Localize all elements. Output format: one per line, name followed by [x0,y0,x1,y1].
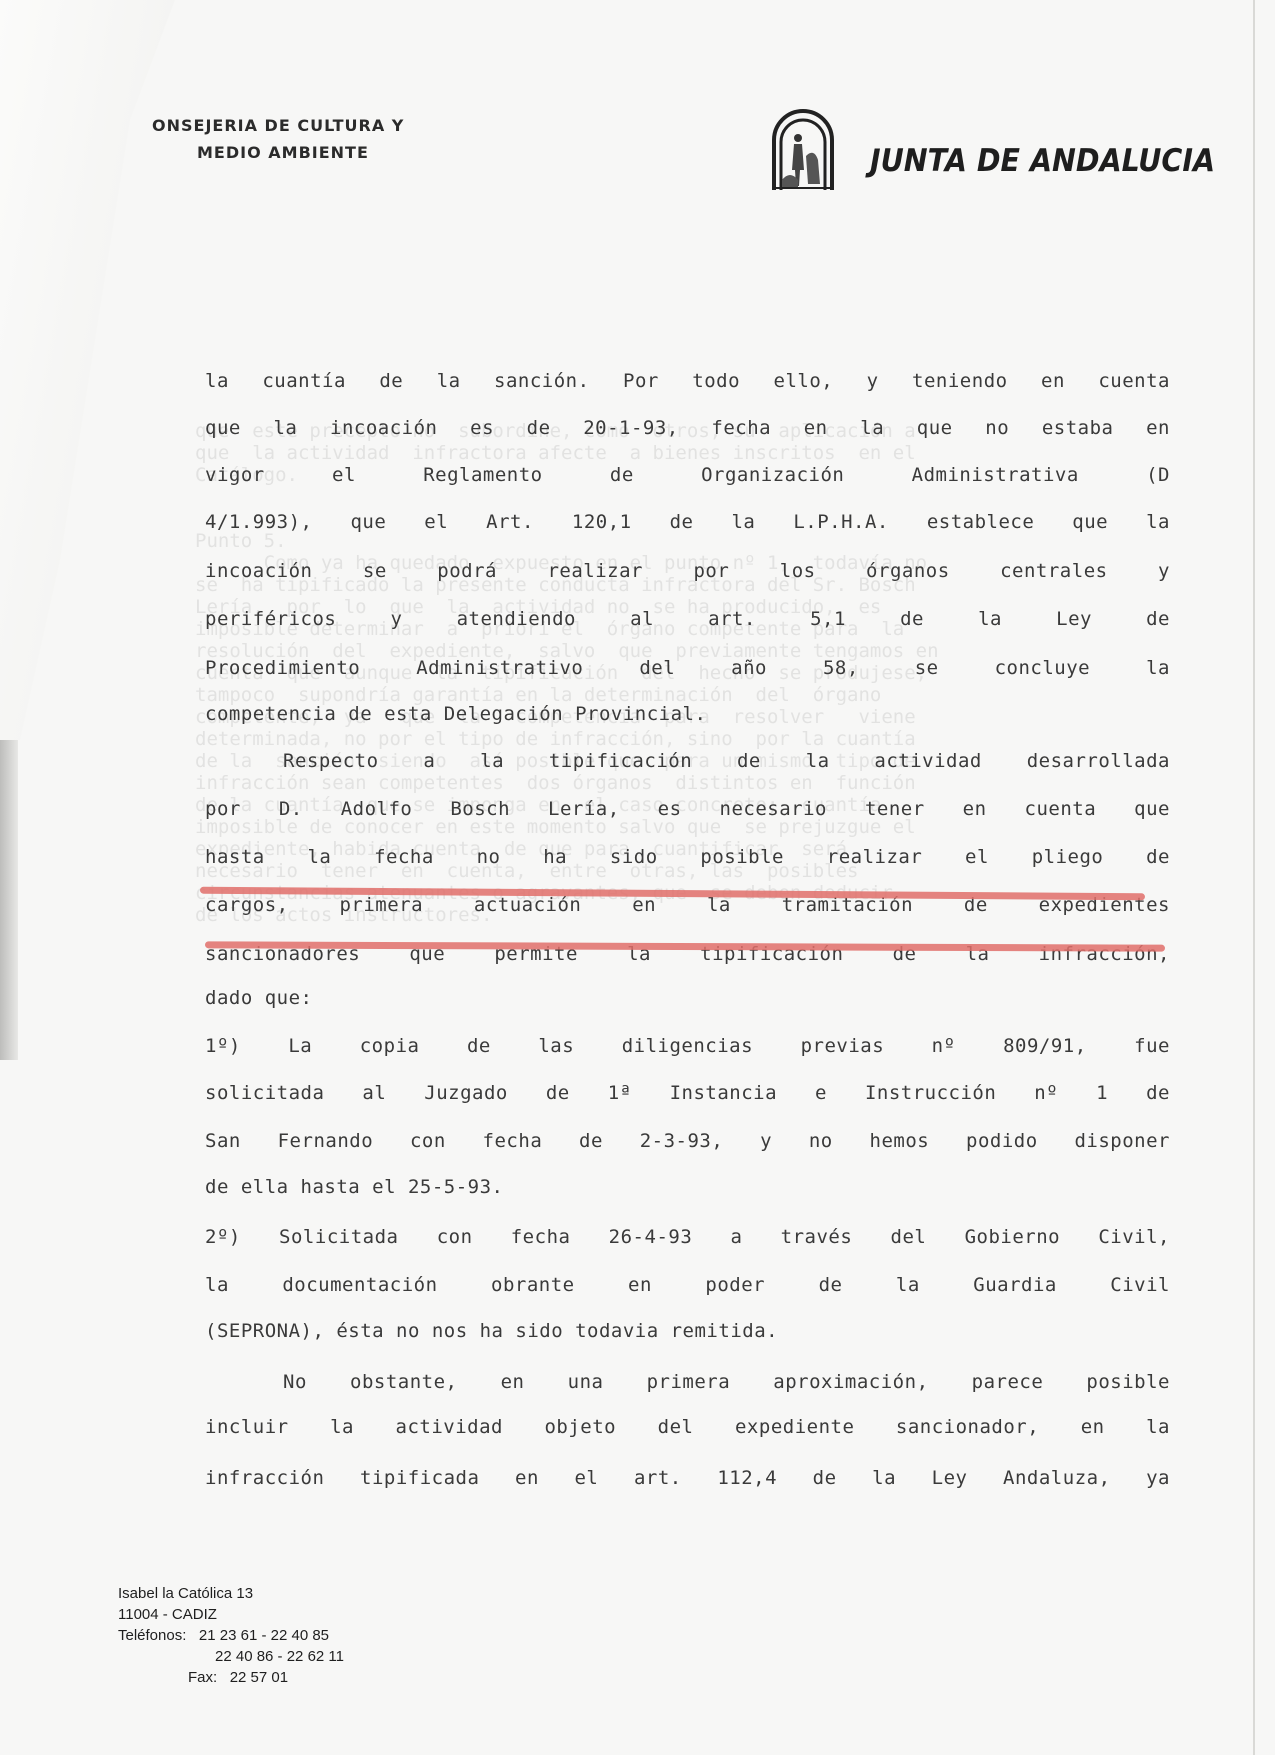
phones-line-1: 21 23 61 - 22 40 85 [199,1627,329,1644]
fax-number: 22 57 01 [230,1669,288,1686]
body-line: 2º) Solicitada con fecha 26-4-93 a travé… [205,1226,1170,1248]
page-edge [1253,0,1255,1755]
body-line: vigor el Reglamento de Organización Admi… [205,464,1170,486]
body-line: incoación se podrá realizar por los órga… [205,560,1170,582]
body-line: la cuantía de la sanción. Por todo ello,… [205,370,1170,392]
fax-label: Fax: [188,1669,217,1686]
body-line: solicitada al Juzgado de 1ª Instancia e … [205,1082,1170,1104]
body-line: la documentación obrante en poder de la … [205,1274,1170,1296]
body-line: Respecto a la tipificación de la activid… [205,750,1170,772]
body-line: periféricos y atendiendo al art. 5,1 de … [205,608,1170,630]
phones-label: Teléfonos: [118,1627,186,1644]
body-line: competencia de esta Delegación Provincia… [205,703,1170,725]
highlighted-line: hasta la fecha no ha sido posible realiz… [205,846,1170,868]
body-line: de ella hasta el 25-5-93. [205,1176,1170,1198]
body-line: 4/1.993), que el Art. 120,1 de la L.P.H.… [205,511,1170,533]
body-line: incluir la actividad objeto del expedien… [205,1416,1170,1438]
footer-address: Isabel la Católica 13 11004 - CADIZ Telé… [118,1583,344,1688]
body-line: San Fernando con fecha de 2-3-93, y no h… [205,1130,1170,1152]
phones-line-2: 22 40 86 - 22 62 11 [118,1646,344,1667]
scanned-page: que este precepto no subordine, como otr… [0,0,1275,1755]
body-line: por D. Adolfo Bosch Lería, es necesario … [205,798,1170,820]
body-line: Procedimiento Administrativo del año 58,… [205,657,1170,679]
body-line: No obstante, en una primera aproximación… [205,1371,1170,1393]
institution-name: JUNTA DE ANDALUCIA [870,143,1215,179]
address-postal: 11004 - CADIZ [118,1606,217,1623]
department-line-1: ONSEJERIA DE CULTURA Y [152,116,404,135]
body-line: (SEPRONA), ésta no nos ha sido todavia r… [205,1320,1170,1342]
body-line: que la incoación es de 20-1-93, fecha en… [205,417,1170,439]
body-line: infracción tipificada en el art. 112,4 d… [205,1467,1170,1489]
address-street: Isabel la Católica 13 [118,1585,253,1602]
department-line-2: MEDIO AMBIENTE [152,139,404,166]
junta-andalucia-emblem-icon [768,100,838,192]
body-line: dado que: [205,987,1170,1009]
department-header: ONSEJERIA DE CULTURA Y MEDIO AMBIENTE [152,112,404,166]
folded-corner [0,0,175,740]
body-line: 1º) La copia de las diligencias previas … [205,1035,1170,1057]
